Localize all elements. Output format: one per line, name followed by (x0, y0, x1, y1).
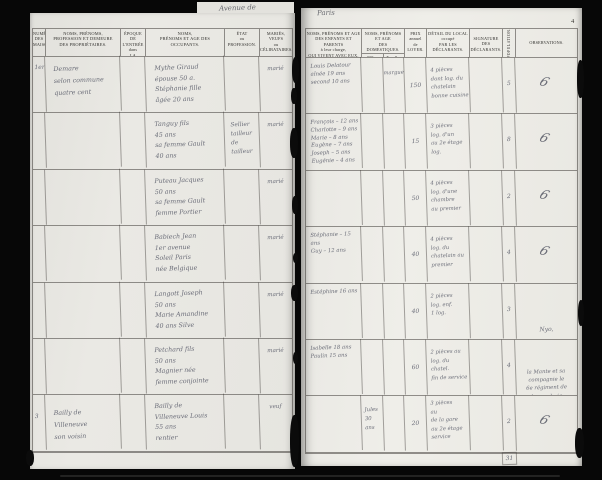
profession-cell (224, 169, 261, 226)
spine-blob (292, 196, 298, 214)
dwelling-detail-cell: 2 pièces log. enf. 1 log. (426, 283, 471, 340)
paraph-flourish-icon: 6 (537, 131, 552, 147)
paraph-flourish-icon: 6 (537, 244, 552, 260)
children-cell: Louis Delatour aînée 19 ans second 10 an… (305, 57, 363, 114)
male-servants-cell: Jules 30 ans (361, 396, 385, 452)
epoque-cell (120, 169, 147, 225)
dwelling-detail-cell: 4 pièces log. d'une chambre au premier (426, 170, 471, 227)
male-servants-cell (361, 58, 385, 114)
population-cell: 2 (502, 171, 517, 227)
signature-cell (469, 57, 504, 114)
epoque-cell (120, 339, 147, 395)
children-cell: Estéphine 16 ans (305, 283, 363, 340)
observations-cell: 6 (516, 227, 577, 282)
col-header-epoque: ÉPOQUE DE L'ENTRÉE dans LA COMMUNE. (121, 29, 146, 56)
population-cell: 8 (502, 114, 517, 170)
col-header-signature: SIGNATURE DES DÉCLARANTS. (470, 29, 503, 57)
marital-status-cell: marié (259, 282, 293, 338)
epoque-cell (120, 57, 147, 113)
children-cell (305, 170, 363, 227)
epoque-cell (120, 395, 147, 451)
population-total: 31 (502, 452, 517, 466)
spine-blob (291, 285, 298, 301)
col-header-enfants: NOMS, PRÉNOMS ET AGE DES ENFANTS ET PARE… (306, 29, 362, 57)
dwelling-detail-cell: 2 pièces au log. du chatel. fin de servi… (426, 339, 471, 396)
rent-cell: 40 (404, 283, 428, 339)
col-header-profession: ÉTAT ou PROFESSION. (225, 29, 260, 56)
spine-blob (292, 57, 299, 83)
signature-cell (469, 170, 504, 227)
marital-status-cell: marié (259, 169, 293, 225)
observation-text (516, 102, 577, 104)
profession-cell (224, 282, 261, 339)
dwelling-detail-cell: 4 pièces dont log. du chatelain bonne cu… (426, 57, 471, 114)
signature-cell (469, 396, 504, 453)
proprietor-cell (45, 112, 122, 170)
children-cell: Isabelle 18 ans Paulin 15 ans (305, 339, 363, 396)
domestiques-subheaders: Mâles. Femelles. (362, 53, 404, 57)
spine-blob (293, 253, 298, 263)
occupants-cell: Tanguy fils 45 ans sa femme Gault 40 ans (145, 112, 226, 170)
proprietor-cell: Bailly de Villeneuve son voisin (45, 394, 122, 452)
col-header-occupants: NOMS, PRÉNOMS ET AGE DES OCCUPANTS. (146, 29, 225, 56)
edge-blob (26, 450, 34, 466)
table-row: Louis Delatour aînée 19 ans second 10 an… (306, 58, 577, 114)
observations-cell: 6 (516, 396, 577, 451)
rent-cell: 150 (404, 58, 428, 114)
marital-status-cell: marié (259, 113, 293, 169)
rent-cell: 50 (404, 170, 428, 226)
table-row: Tanguy fils 45 ans sa femme Gault 40 ans… (33, 113, 292, 169)
proprietor-cell (45, 338, 122, 396)
profession-cell: Sellier tailleur de tailleur (224, 113, 261, 170)
population-cell: 4 (502, 227, 517, 283)
observations-cell: la Mante et sa compagnie le 6e régiment … (516, 340, 577, 395)
domestiques-group-label: NOMS, PRÉNOMS ET AGE DES DOMESTIQUES. (362, 29, 404, 53)
right-page: Paris 4 NOMS, PRÉNOMS ET AGE DES ENFANTS… (301, 8, 582, 466)
left-header-row: NUMÉROS DES MAISONS. NOMS, PRÉNOMS, PROF… (33, 29, 292, 57)
female-servants-cell (383, 227, 406, 283)
paraph-flourish-icon: 6 (537, 413, 552, 429)
population-cell: 4 (502, 340, 517, 396)
col-header-observations: OBSERVATIONS. (516, 29, 577, 57)
spine-blob (291, 88, 297, 104)
col-header-maries: MARIÉS, VEUFS ou CÉLIBATAIRES. (260, 29, 292, 56)
marital-status-cell: marié (259, 226, 293, 282)
occupants-cell: Petchard fils 50 ans Magnier née femme c… (145, 338, 226, 396)
occupants-cell: Langott Joseph 50 ans Marie Amandine 40 … (145, 281, 226, 339)
table-row: 50 4 pièces log. d'une chambre au premie… (306, 171, 577, 227)
male-servants-cell (361, 114, 385, 170)
table-row: Babiech Jean 1er avenue Soleil Paris née… (33, 226, 292, 282)
female-servants-cell (383, 170, 406, 226)
table-row: Estéphine 16 ans 40 2 pièces log. enf. 1… (306, 284, 577, 340)
population-cell: 5 (502, 58, 517, 114)
right-register-table: NOMS, PRÉNOMS ET AGE DES ENFANTS ET PARE… (305, 28, 578, 454)
observation-text (516, 158, 577, 160)
handwritten-annotation-right: Paris (317, 9, 335, 18)
edge-blob (575, 428, 584, 458)
scan-bottom-streak (60, 475, 560, 477)
spine-blob (290, 128, 298, 158)
female-servants-cell (383, 114, 406, 170)
rent-cell: 60 (404, 340, 428, 396)
edge-blob (577, 60, 584, 98)
observation-text (516, 440, 577, 442)
profession-cell (224, 395, 261, 452)
proprietor-cell (45, 168, 122, 226)
left-register-table: NUMÉROS DES MAISONS. NOMS, PRÉNOMS, PROF… (32, 28, 293, 453)
col-header-proprietaires: NOMS, PRÉNOMS, PROFESSION ET DEMEURE DES… (46, 29, 121, 56)
population-cell: 3 (502, 283, 517, 339)
observations-cell: Nyo, (516, 284, 577, 339)
children-cell: Stéphanie – 15 ans Guy – 12 ans (305, 226, 363, 283)
occupants-cell: Bailly de Villeneuve Louis 55 ans rentie… (145, 394, 226, 452)
dwelling-detail-cell: 3 pièces log. d'un au 2e étage log. (426, 114, 471, 171)
population-cell: 2 (502, 396, 517, 452)
profession-cell (224, 226, 261, 283)
observations-cell: 6 (516, 114, 577, 169)
male-servants-cell (361, 227, 385, 283)
male-servants-cell (361, 340, 385, 396)
children-cell (305, 395, 363, 452)
marital-status-cell: marié (259, 338, 293, 394)
col-header-males: Mâles. (362, 54, 384, 57)
table-row: François – 12 ans Charlotte – 9 ans Mari… (306, 114, 577, 170)
marital-status-cell: veuf (259, 395, 293, 451)
profession-cell (224, 338, 261, 395)
paraph-flourish-icon: 6 (537, 187, 552, 203)
observation-text (516, 215, 577, 217)
observation-text: la Mante et sa compagnie le 6e régiment … (516, 367, 577, 395)
proprietor-cell (45, 281, 122, 339)
spine-blob (293, 352, 298, 364)
signature-cell (469, 227, 504, 284)
rent-cell: 40 (404, 227, 428, 283)
proprietor-cell: Demare selon commune quatre cent (45, 56, 122, 114)
occupants-cell: Mythe Giraud épouse 50 a. Stéphanie fill… (145, 56, 226, 114)
left-page: NUMÉROS DES MAISONS. NOMS, PRÉNOMS, PROF… (30, 13, 295, 469)
dwelling-detail-cell: 3 pièces au de la gare au 2e étage servi… (426, 396, 471, 453)
table-row: Petchard fils 50 ans Magnier née femme c… (33, 339, 292, 395)
edge-blob (578, 300, 584, 326)
table-row: Jules 30 ans 20 3 pièces au de la gare a… (306, 396, 577, 452)
col-header-numeros: NUMÉROS DES MAISONS. (33, 29, 46, 56)
table-row: Isabelle 18 ans Paulin 15 ans 60 2 pièce… (306, 340, 577, 396)
epoque-cell (120, 282, 147, 338)
handwritten-annotation-left: Avenue de (219, 3, 256, 12)
observations-cell: 6 (516, 171, 577, 226)
male-servants-cell (361, 170, 385, 226)
col-header-domestiques: NOMS, PRÉNOMS ET AGE DES DOMESTIQUES. Mâ… (362, 29, 405, 57)
observations-cell: 6 (516, 58, 577, 113)
paraph-flourish-icon: 6 (537, 75, 552, 91)
dwelling-detail-cell: 4 pièces log. du chatelain au premier (426, 226, 471, 283)
epoque-cell (120, 113, 147, 169)
table-row: Langott Joseph 50 ans Marie Amandine 40 … (33, 283, 292, 339)
occupants-cell: Babiech Jean 1er avenue Soleil Paris née… (145, 225, 226, 283)
female-servants-cell (383, 283, 406, 339)
table-row: Stéphanie – 15 ans Guy – 12 ans 40 4 piè… (306, 227, 577, 283)
col-header-population: POPULATION. (503, 29, 516, 57)
children-cell: François – 12 ans Charlotte – 9 ans Mari… (305, 113, 363, 170)
female-servants-cell (383, 396, 406, 452)
female-servants-cell: marguerite (383, 58, 406, 114)
spine-blob (290, 415, 299, 467)
observation-text (516, 271, 577, 273)
epoque-cell (120, 226, 147, 282)
signature-cell (469, 283, 504, 340)
table-row: 3 Bailly de Villeneuve son voisin Bailly… (33, 395, 292, 451)
proprietor-cell (45, 225, 122, 283)
occupants-cell: Puteau Jacques 50 ans sa femme Gault fem… (145, 168, 226, 226)
marital-status-cell: marié (259, 56, 293, 112)
page-number: 4 (571, 18, 574, 25)
table-row: Puteau Jacques 50 ans sa femme Gault fem… (33, 170, 292, 226)
male-servants-cell (361, 283, 385, 339)
signature-cell (469, 339, 504, 396)
right-header-row: NOMS, PRÉNOMS ET AGE DES ENFANTS ET PARE… (306, 29, 577, 58)
rent-cell: 20 (404, 396, 428, 452)
col-header-prix: PRIX annuel de LOYER. (405, 29, 427, 57)
table-row: 1er Demare selon commune quatre cent Myt… (33, 57, 292, 113)
col-header-femelles: Femelles. (384, 54, 404, 57)
female-servants-cell (383, 340, 406, 396)
signature-cell (469, 114, 504, 171)
col-header-local: DÉTAIL DU LOCAL occupé PAR LES DÉCLARANT… (427, 29, 470, 57)
rent-cell: 15 (404, 114, 428, 170)
observation-text: Nyo, (516, 325, 577, 335)
profession-cell (224, 56, 261, 113)
